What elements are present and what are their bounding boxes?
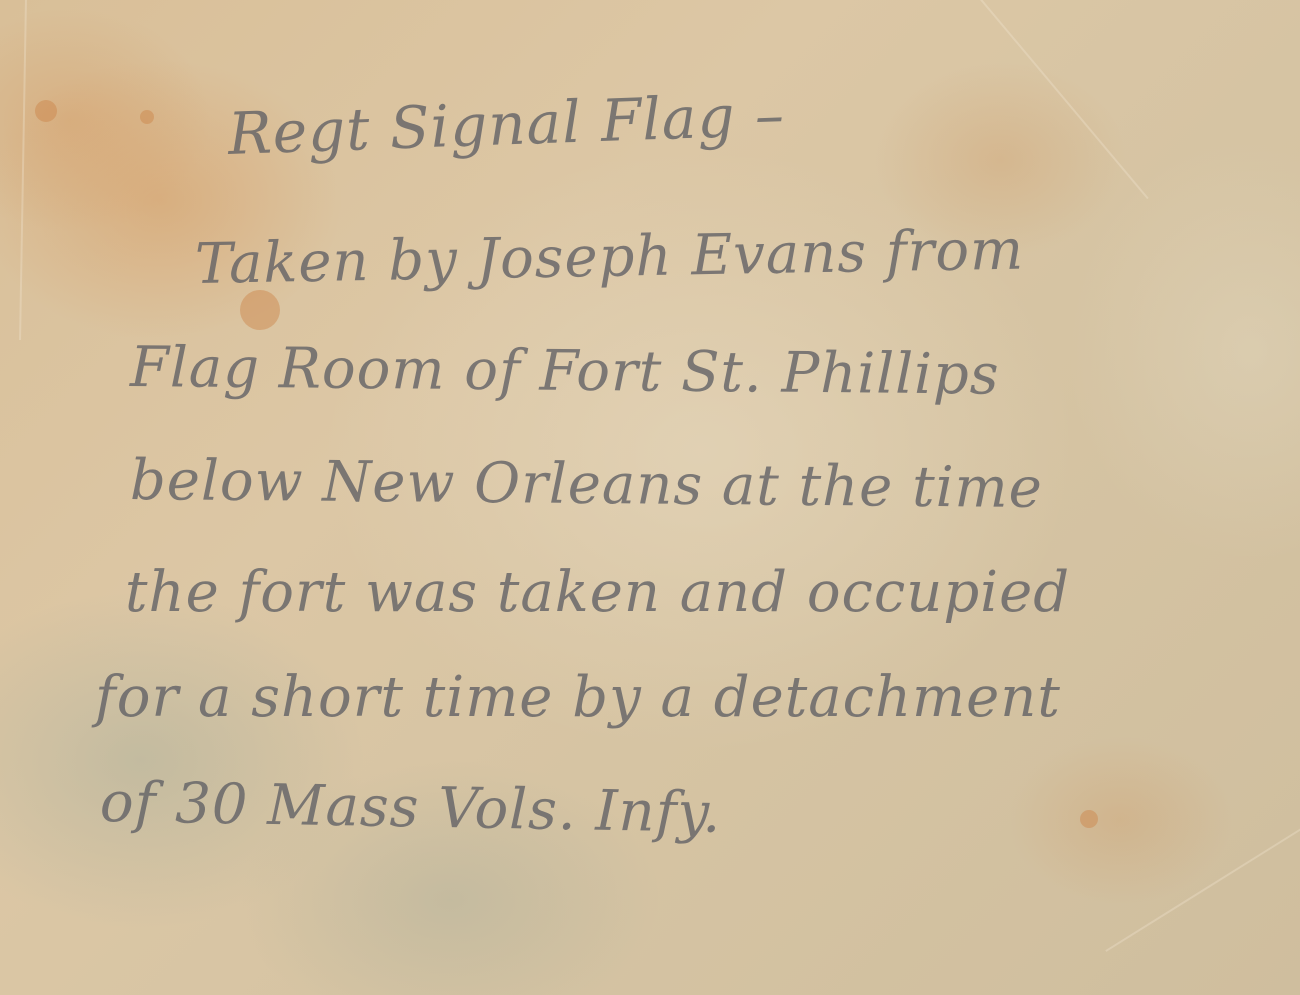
note-line: Flag Room of Fort St. Phillips [130, 335, 1000, 408]
note-line: below New Orleans at the time [130, 448, 1043, 521]
note-line: for a short time by a detachment [95, 665, 1061, 730]
note-line: Taken by Joseph Evans from [194, 218, 1024, 297]
note-title: Regt Signal Flag – [227, 81, 786, 168]
note-line: the fort was taken and occupied [125, 560, 1070, 625]
handwritten-note: Regt Signal Flag – Taken by Joseph Evans… [0, 0, 1300, 995]
note-line: of 30 Mass Vols. Infy. [99, 770, 722, 846]
